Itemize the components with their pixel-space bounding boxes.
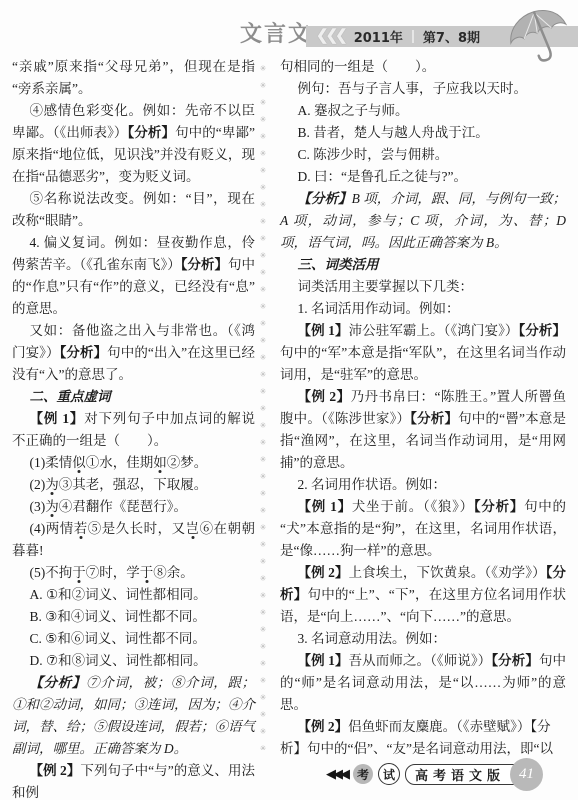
footer-badge-test: 试: [378, 763, 400, 785]
magazine-page: 文言文 ❮❮❮ 2011年 第7、8期 “亲戚”原来指“父母兄弟”，但现在是指“…: [0, 0, 578, 800]
paragraph: “亲戚”原来指“父母兄弟”，但现在是指“旁系亲属”。: [12, 56, 255, 100]
paragraph: 3. 名词意动用法。例如：: [280, 628, 566, 650]
paragraph: 又如：备他盗之出入与非常也。（《鸿门宴》）【分析】句中的“出入”在这里已经没有“…: [12, 320, 255, 386]
paragraph: 【分析】B 项，介词，跟、同，与例句一致；A 项，动词，参与；C 项，介词，为、…: [280, 188, 566, 254]
section-heading: 二、重点虚词: [12, 386, 255, 408]
paragraph: 例句：吾与子言人事，子应我以天时。: [280, 78, 566, 100]
paragraph: 【分析】⑦介词，被；⑧介词，跟；①和②动词，如同；③连词，因为；④介词，替、给；…: [12, 672, 255, 760]
paragraph: 【例 2】侣鱼虾而友麋鹿。（《赤壁赋》）【分: [280, 716, 566, 738]
page-number: 41: [510, 758, 543, 791]
paragraph: (3)为④君翻作《琵琶行》。: [12, 496, 255, 518]
footer-arrows-icon: ◀◀◀: [326, 767, 347, 782]
section-heading: 三、词类活用: [280, 254, 566, 276]
paragraph: 2. 名词用作状语。例如：: [280, 474, 566, 496]
paragraph: (2)为③其老，强忍，下取履。: [12, 474, 255, 496]
paragraph: 【例 1】犬坐于前。（《狼》）【分析】句中的“犬”本意指的是“狗”，在这里，名词…: [280, 496, 566, 562]
paragraph: B. ③和④词义、词性都不同。: [12, 606, 255, 628]
column-divider: ✳ ✳ ✳ ✳ ✳ ✳ ✳ ✳ ✳ ✳ ✳ ✳ ✳ ✳ ✳ ✳ ✳ ✳ ✳ ✳ …: [257, 60, 269, 750]
paragraph: (5)不拘于⑦时，学于⑧余。: [12, 562, 255, 584]
paragraph: A. 蹇叔之子与师。: [280, 100, 566, 122]
paragraph: 4. 偏义复词。例如：昼夜勤作息，伶俜萦苦辛。（《孔雀东南飞》）【分析】句中的“…: [12, 232, 255, 320]
paragraph: C. 陈涉少时，尝与佣耕。: [280, 144, 566, 166]
paragraph: A. ①和②词义、词性都相同。: [12, 584, 255, 606]
page-title: 文言文: [240, 17, 312, 48]
paragraph: 【例 2】下列句子中“与”的意义、用法和例: [12, 760, 255, 800]
paragraph: ④感情色彩变化。例如：先帝不以臣卑鄙。（《出师表》）【分析】句中的“卑鄙”原来指…: [12, 100, 255, 188]
paragraph: 句相同的一组是（ ）。: [280, 56, 566, 78]
paragraph: 1. 名词活用作动词。例如：: [280, 298, 566, 320]
paragraph: (4)两情若⑤是久长时，又岂⑥在朝朝暮暮!: [12, 518, 255, 562]
paragraph: D. 曰：“是鲁孔丘之徒与?”。: [280, 166, 566, 188]
paragraph: 【例 2】乃丹书帛曰：“陈胜王。”置人所罾鱼腹中。（《陈涉世家》）【分析】句中的…: [280, 386, 566, 474]
header-separator: [412, 30, 414, 43]
paragraph: 词类活用主要掌握以下几类：: [280, 276, 566, 298]
header-year: 2011年: [354, 27, 403, 46]
paragraph: 【例 1】沛公驻军霸上。（《鸿门宴》）【分析】句中的“军”本意是指“军队”，在这…: [280, 320, 566, 386]
header-issue: 第7、8期: [423, 27, 480, 46]
paragraph: D. ⑦和⑧词义、词性都相同。: [12, 650, 255, 672]
paragraph: 【例 1】对下列句子中加点词的解说不正确的一组是（ ）。: [12, 408, 255, 452]
paragraph: 【例 2】上食埃土，下饮黄泉。（《劝学》）【分析】句中的“上”、“下”，在这里方…: [280, 562, 566, 628]
paragraph: 【例 1】吾从而师之。（《师说》）【分析】句中的“师”是名词意动用法，是“以………: [280, 650, 566, 716]
paragraph: B. 昔者，楚人与越人舟战于江。: [280, 122, 566, 144]
chevrons-icon: ❮❮❮: [316, 29, 345, 44]
paragraph: ⑤名称说法改变。例如：“目”，现在改称“眼睛”。: [12, 188, 255, 232]
paragraph: C. ⑤和⑥词义、词性都不同。: [12, 628, 255, 650]
left-column: “亲戚”原来指“父母兄弟”，但现在是指“旁系亲属”。④感情色彩变化。例如：先帝不…: [12, 56, 255, 800]
footer-badge-exam: 考: [353, 764, 373, 784]
footer: ◀◀◀ 考 试 高考语文版 41: [326, 757, 543, 791]
paragraph: (1)柔情似①水，佳期如②梦。: [12, 452, 255, 474]
right-column: 句相同的一组是（ ）。例句：吾与子言人事，子应我以天时。A. 蹇叔之子与师。B.…: [280, 56, 566, 760]
